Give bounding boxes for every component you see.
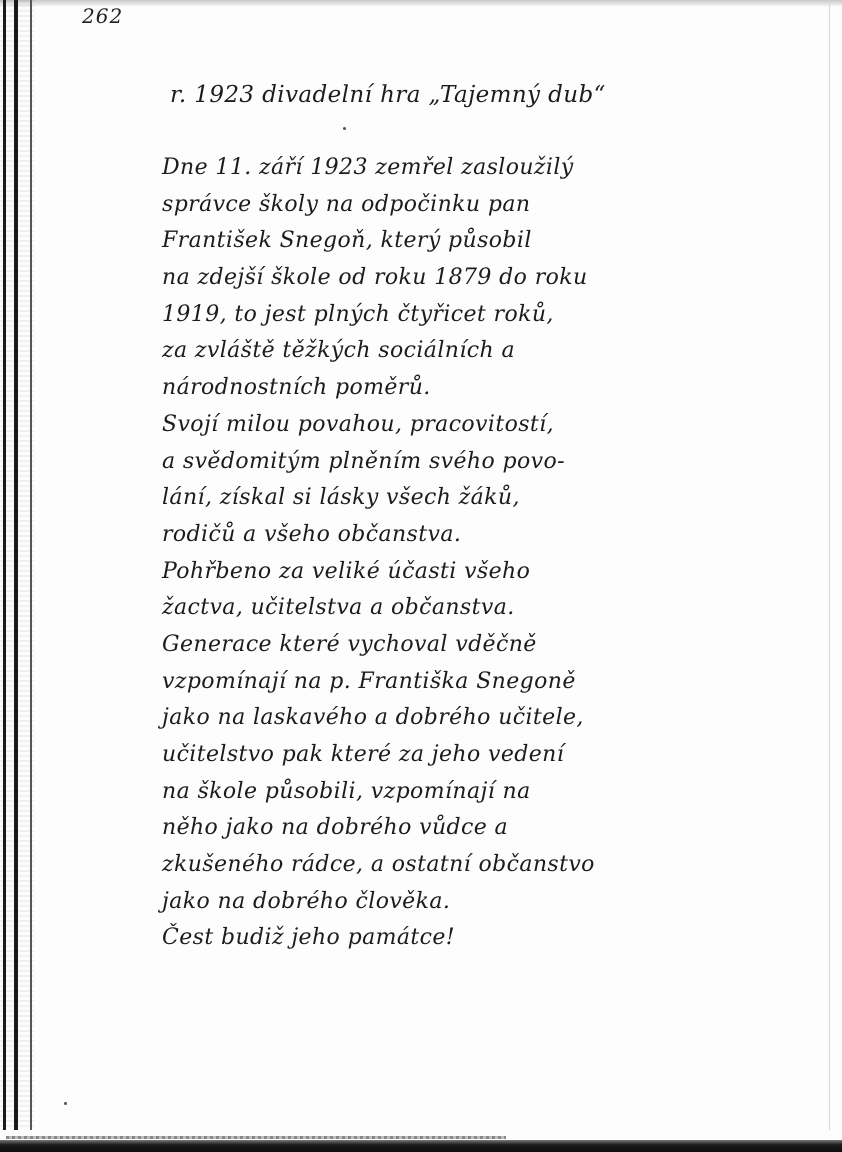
text-line: za zvláště těžkých sociálních a <box>162 333 595 370</box>
text-line: vzpomínají na p. Františka Snegoně <box>162 664 595 701</box>
text-line: na škole působili, vzpomínají na <box>162 774 595 811</box>
text-line: na zdejší škole od roku 1879 do roku <box>162 260 595 297</box>
text-line: Pohřbeno za veliké účasti všeho <box>162 554 595 591</box>
text-line: a svědomitým plněním svého povo- <box>162 444 595 481</box>
text-line: rodičů a všeho občanstva. <box>162 517 595 554</box>
text-line: jako na laskavého a dobrého učitele, <box>162 700 595 737</box>
page-number: 262 <box>82 4 123 28</box>
page-bottom-edge <box>6 1136 506 1139</box>
text-line: Generace které vychoval vděčně <box>162 627 595 664</box>
text-line: Svojí milou povahou, pracovitostí, <box>162 407 595 444</box>
text-line: něho jako na dobrého vůdce a <box>162 810 595 847</box>
binding-line <box>14 0 18 1130</box>
entry-body: Dne 11. září 1923 zemřel zasloužilý sprá… <box>162 150 595 957</box>
entry-heading: r. 1923 divadelní hra „Tajemný dub“ <box>170 82 606 108</box>
text-line: jako na dobrého člověka. <box>162 884 595 921</box>
text-line: žactva, učitelstva a občanstva. <box>162 590 595 627</box>
text-line: Čest budiž jeho památce! <box>162 920 595 957</box>
scan-speck <box>343 127 346 130</box>
text-line: Dne 11. září 1923 zemřel zasloužilý <box>162 150 595 187</box>
scan-speck <box>64 1102 67 1105</box>
book-binding-edge <box>0 0 36 1130</box>
text-line: správce školy na odpočinku pan <box>162 187 595 224</box>
text-line: zkušeného rádce, a ostatní občanstvo <box>162 847 595 884</box>
binding-line <box>3 0 6 1130</box>
binding-line <box>30 0 32 1130</box>
scan-top-edge <box>0 0 842 6</box>
page-right-edge <box>829 0 830 1130</box>
text-line: 1919, to jest plných čtyřicet roků, <box>162 297 595 334</box>
text-line: lání, získal si lásky všech žáků, <box>162 480 595 517</box>
text-line: národnostních poměrů. <box>162 370 595 407</box>
scan-bottom-band <box>0 1140 842 1152</box>
scanned-page: 262 r. 1923 divadelní hra „Tajemný dub“ … <box>0 0 842 1152</box>
text-line: učitelstvo pak které za jeho vedení <box>162 737 595 774</box>
text-line: František Snegoň, který působil <box>162 223 595 260</box>
